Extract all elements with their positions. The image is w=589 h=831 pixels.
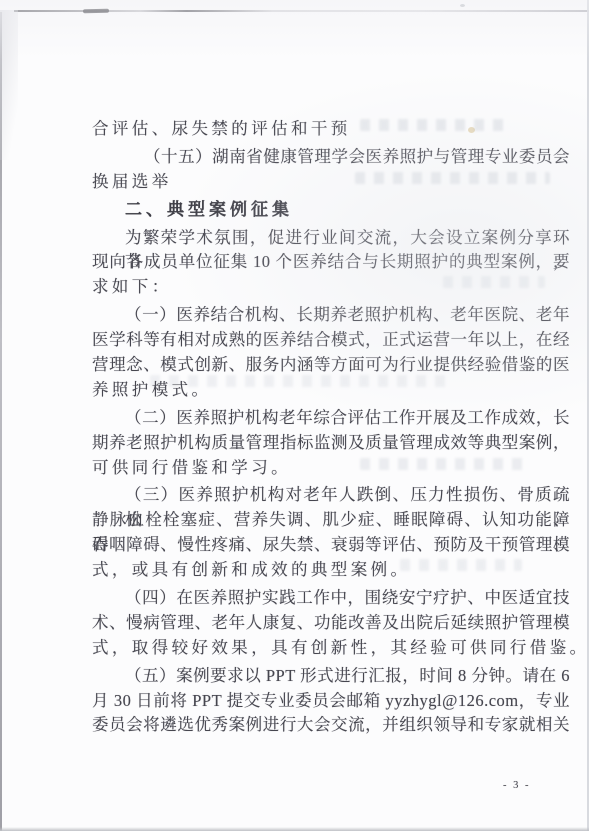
page-bottom-edge-shadow <box>0 827 589 831</box>
text-line: 合评估、尿失禁的评估和干预 <box>92 117 570 142</box>
text-line: （十五）湖南省健康管理学会医养照护与管理专业委员会 <box>92 145 570 170</box>
text-line: 月 30 日前将 PPT 提交专业委员会邮箱 yyzhygl@126.com，专… <box>92 689 570 714</box>
text-line: （三）医养照护机构对老年人跌倒、压力性损伤、骨质疏松、 <box>92 483 570 508</box>
text-line: 营理念、模式创新、服务内涵等方面可为行业提供经验借鉴的医 <box>92 353 570 378</box>
text-line: 吞咽障碍、慢性疼痛、尿失禁、衰弱等评估、预防及干预管理模 <box>92 533 570 558</box>
text-line: 式，或具有创新和成效的典型案例。 <box>92 558 570 583</box>
text-line: 现向各成员单位征集 10 个医养结合与长期照护的典型案例，要 <box>92 250 570 275</box>
text-line: 式，取得较好效果，具有创新性，其经验可供同行借鉴。 <box>92 636 570 661</box>
text-line: 养照护模式。 <box>92 378 570 403</box>
document-lines: 合评估、尿失禁的评估和干预（十五）湖南省健康管理学会医养照护与管理专业委员会换届… <box>92 117 570 738</box>
text-line: 可供同行借鉴和学习。 <box>92 456 570 481</box>
scanned-document-page: 合评估、尿失禁的评估和干预（十五）湖南省健康管理学会医养照护与管理专业委员会换届… <box>0 0 589 831</box>
text-line: 术、慢病管理、老年人康复、功能改善及出院后延续照护管理模 <box>92 611 570 636</box>
text-line: （五）案例要求以 PPT 形式进行汇报，时间 8 分钟。请在 6 <box>92 664 570 689</box>
text-line: 医学科等有相对成熟的医养结合模式，正式运营一年以上，在经 <box>92 328 570 353</box>
text-line: （四）在医养照护实践工作中，围绕安宁疗护、中医适宜技 <box>92 586 570 611</box>
text-line: 换届选举 <box>92 170 570 195</box>
text-line: 求如下： <box>92 275 570 300</box>
text-line: （二）医养照护机构老年综合评估工作开展及工作成效，长 <box>92 406 570 431</box>
section-heading: 二、典型案例征集 <box>92 198 570 223</box>
text-line: （一）医养结合机构、长期养老照护机构、老年医院、老年 <box>92 303 570 328</box>
page-top-edge-mark <box>83 9 109 14</box>
text-line: 期养老照护机构质量管理指标监测及质量管理成效等典型案例， <box>92 431 570 456</box>
text-line: 委员会将遴选优秀案例进行大会交流，并组织领导和专家就相关 <box>92 713 570 738</box>
page-corner-shading <box>0 10 18 160</box>
page-number: - 3 - <box>503 780 531 791</box>
document-body: 合评估、尿失禁的评估和干预（十五）湖南省健康管理学会医养照护与管理专业委员会换届… <box>92 117 570 738</box>
text-line: 为繁荣学术氛围，促进行业间交流，大会设立案例分享环节， <box>92 226 570 251</box>
text-line: 静脉血栓栓塞症、营养失调、肌少症、睡眠障碍、认知功能障碍、 <box>92 508 570 533</box>
scan-speck <box>460 4 465 7</box>
